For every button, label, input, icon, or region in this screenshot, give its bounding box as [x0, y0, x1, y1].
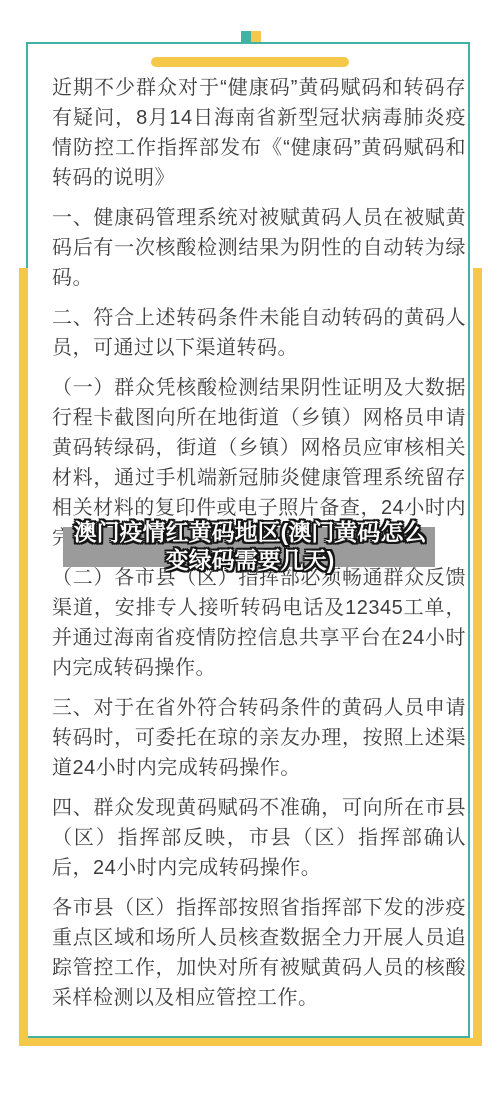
article-paragraph-closing: 各市县（区）指挥部按照省指挥部下发的涉疫重点区域和场所人员核查数据全力开展人员追… — [52, 893, 466, 1013]
article-paragraph-rule1: 一、健康码管理系统对被赋黄码人员在被赋黄码后有一次核酸检测结果为阴性的自动转为绿… — [52, 203, 466, 293]
yellow-border-bottom — [19, 1038, 482, 1046]
article-paragraph-rule2: 二、符合上述转码条件未能自动转码的黄码人员，可通过以下渠道转码。 — [52, 303, 466, 363]
article-paragraph-rule3: 三、对于在省外符合转码条件的黄码人员申请转码时，可委托在琼的亲友办理，按照上述渠… — [52, 693, 466, 783]
article-paragraph-rule4: 四、群众发现黄码赋码不准确，可向所在市县（区）指挥部反映，市县（区）指挥部确认后… — [52, 793, 466, 883]
article-card-page: 近期不少群众对于“健康码”黄码赋码和转码存有疑问，8月14日海南省新型冠状病毒肺… — [0, 0, 500, 1105]
yellow-border-left — [19, 268, 28, 1046]
watermark-title: 澳门疫情红黄码地区(澳门黄码怎么 变绿码需要几天) — [40, 518, 460, 574]
watermark-title-line1: 澳门疫情红黄码地区(澳门黄码怎么 — [40, 518, 460, 546]
yellow-divider-bar — [151, 57, 349, 67]
yellow-border-right — [473, 268, 482, 1046]
article-paragraph-intro: 近期不少群众对于“健康码”黄码赋码和转码存有疑问，8月14日海南省新型冠状病毒肺… — [52, 73, 466, 193]
teal-accent-square — [241, 31, 251, 42]
yellow-accent-square — [251, 31, 261, 42]
watermark-title-line2: 变绿码需要几天) — [40, 546, 460, 574]
article-paragraph-channel2: （二）各市县（区）指挥部必须畅通群众反馈渠道，安排专人接听转码电话及12345工… — [52, 563, 466, 683]
